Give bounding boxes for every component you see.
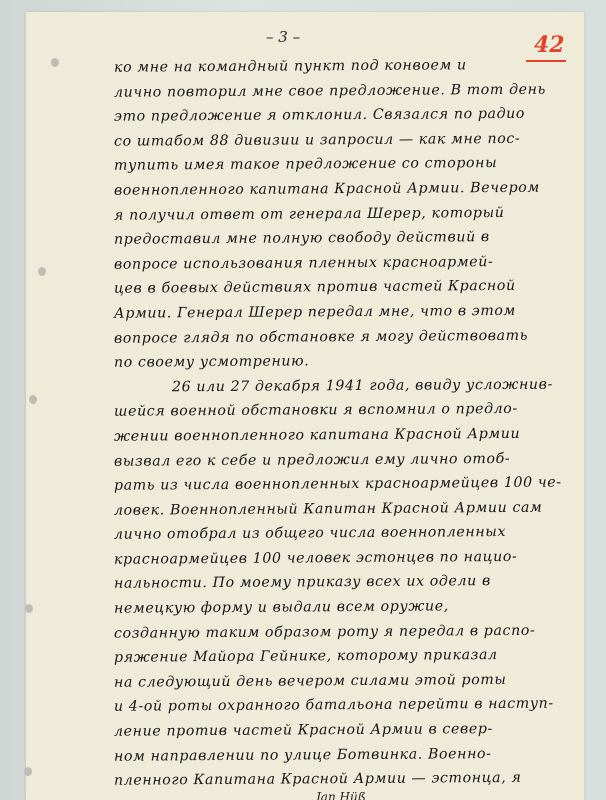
text-line: шейся военной обстановки я вспомнил о пр… bbox=[114, 397, 604, 425]
text-line: созданную таким образом роту я передал в… bbox=[114, 618, 604, 646]
text-line: по своему усмотрению. bbox=[114, 347, 604, 375]
document-page: – 3 – 42 ко мне на командный пункт под к… bbox=[26, 12, 584, 800]
punch-hole bbox=[51, 58, 59, 67]
text-line: ряжение Майора Гейнике, которому приказа… bbox=[114, 643, 604, 671]
text-line: ном направлении по улице Ботвинка. Военн… bbox=[114, 741, 604, 769]
punch-hole bbox=[25, 604, 33, 613]
text-line: и 4-ой роты охранного батальона перейти … bbox=[114, 692, 604, 720]
text-line: вопросе глядя по обстановке я могу дейст… bbox=[114, 323, 604, 351]
text-line: немецкую форму и выдали всем оружие, bbox=[114, 593, 604, 621]
text-line: лично повторил мне свое предложение. В т… bbox=[114, 77, 604, 105]
text-line: это предложение я отклонил. Связался по … bbox=[114, 101, 604, 129]
text-line: я получил ответ от генерала Шерер, котор… bbox=[114, 200, 604, 228]
punch-hole bbox=[38, 267, 46, 276]
text-line: тупить имея такое предложение со стороны bbox=[114, 151, 604, 179]
signature: Jan Hüß bbox=[316, 790, 366, 800]
text-line: Армии. Генерал Шерер передал мне, что в … bbox=[114, 298, 604, 326]
text-line: ко мне на командный пункт под конвоем и bbox=[114, 52, 604, 80]
text-line: нальности. По моему приказу всех их одел… bbox=[114, 569, 604, 597]
page-number: – 3 – bbox=[266, 28, 300, 46]
text-line: ловек. Военнопленный Капитан Красной Арм… bbox=[114, 495, 604, 523]
text-line: военнопленного капитана Красной Армии. В… bbox=[114, 175, 604, 203]
handwritten-text: ко мне на командный пункт под конвоем и … bbox=[114, 54, 604, 792]
text-line: рать из числа военнопленных красноармейц… bbox=[114, 470, 604, 498]
text-line: цев в боевых действиях против частей Кра… bbox=[114, 274, 604, 302]
text-line: предоставил мне полную свободу действий … bbox=[114, 224, 604, 252]
punch-hole bbox=[29, 395, 37, 404]
text-line: вызвал его к себе и предложил ему лично … bbox=[114, 446, 604, 474]
text-line: лично отобрал из общего числа военноплен… bbox=[114, 520, 604, 548]
text-line: жении военнопленного капитана Красной Ар… bbox=[114, 421, 604, 449]
text-line: ление против частей Красной Армии в севе… bbox=[114, 716, 604, 744]
punch-hole bbox=[24, 767, 32, 776]
